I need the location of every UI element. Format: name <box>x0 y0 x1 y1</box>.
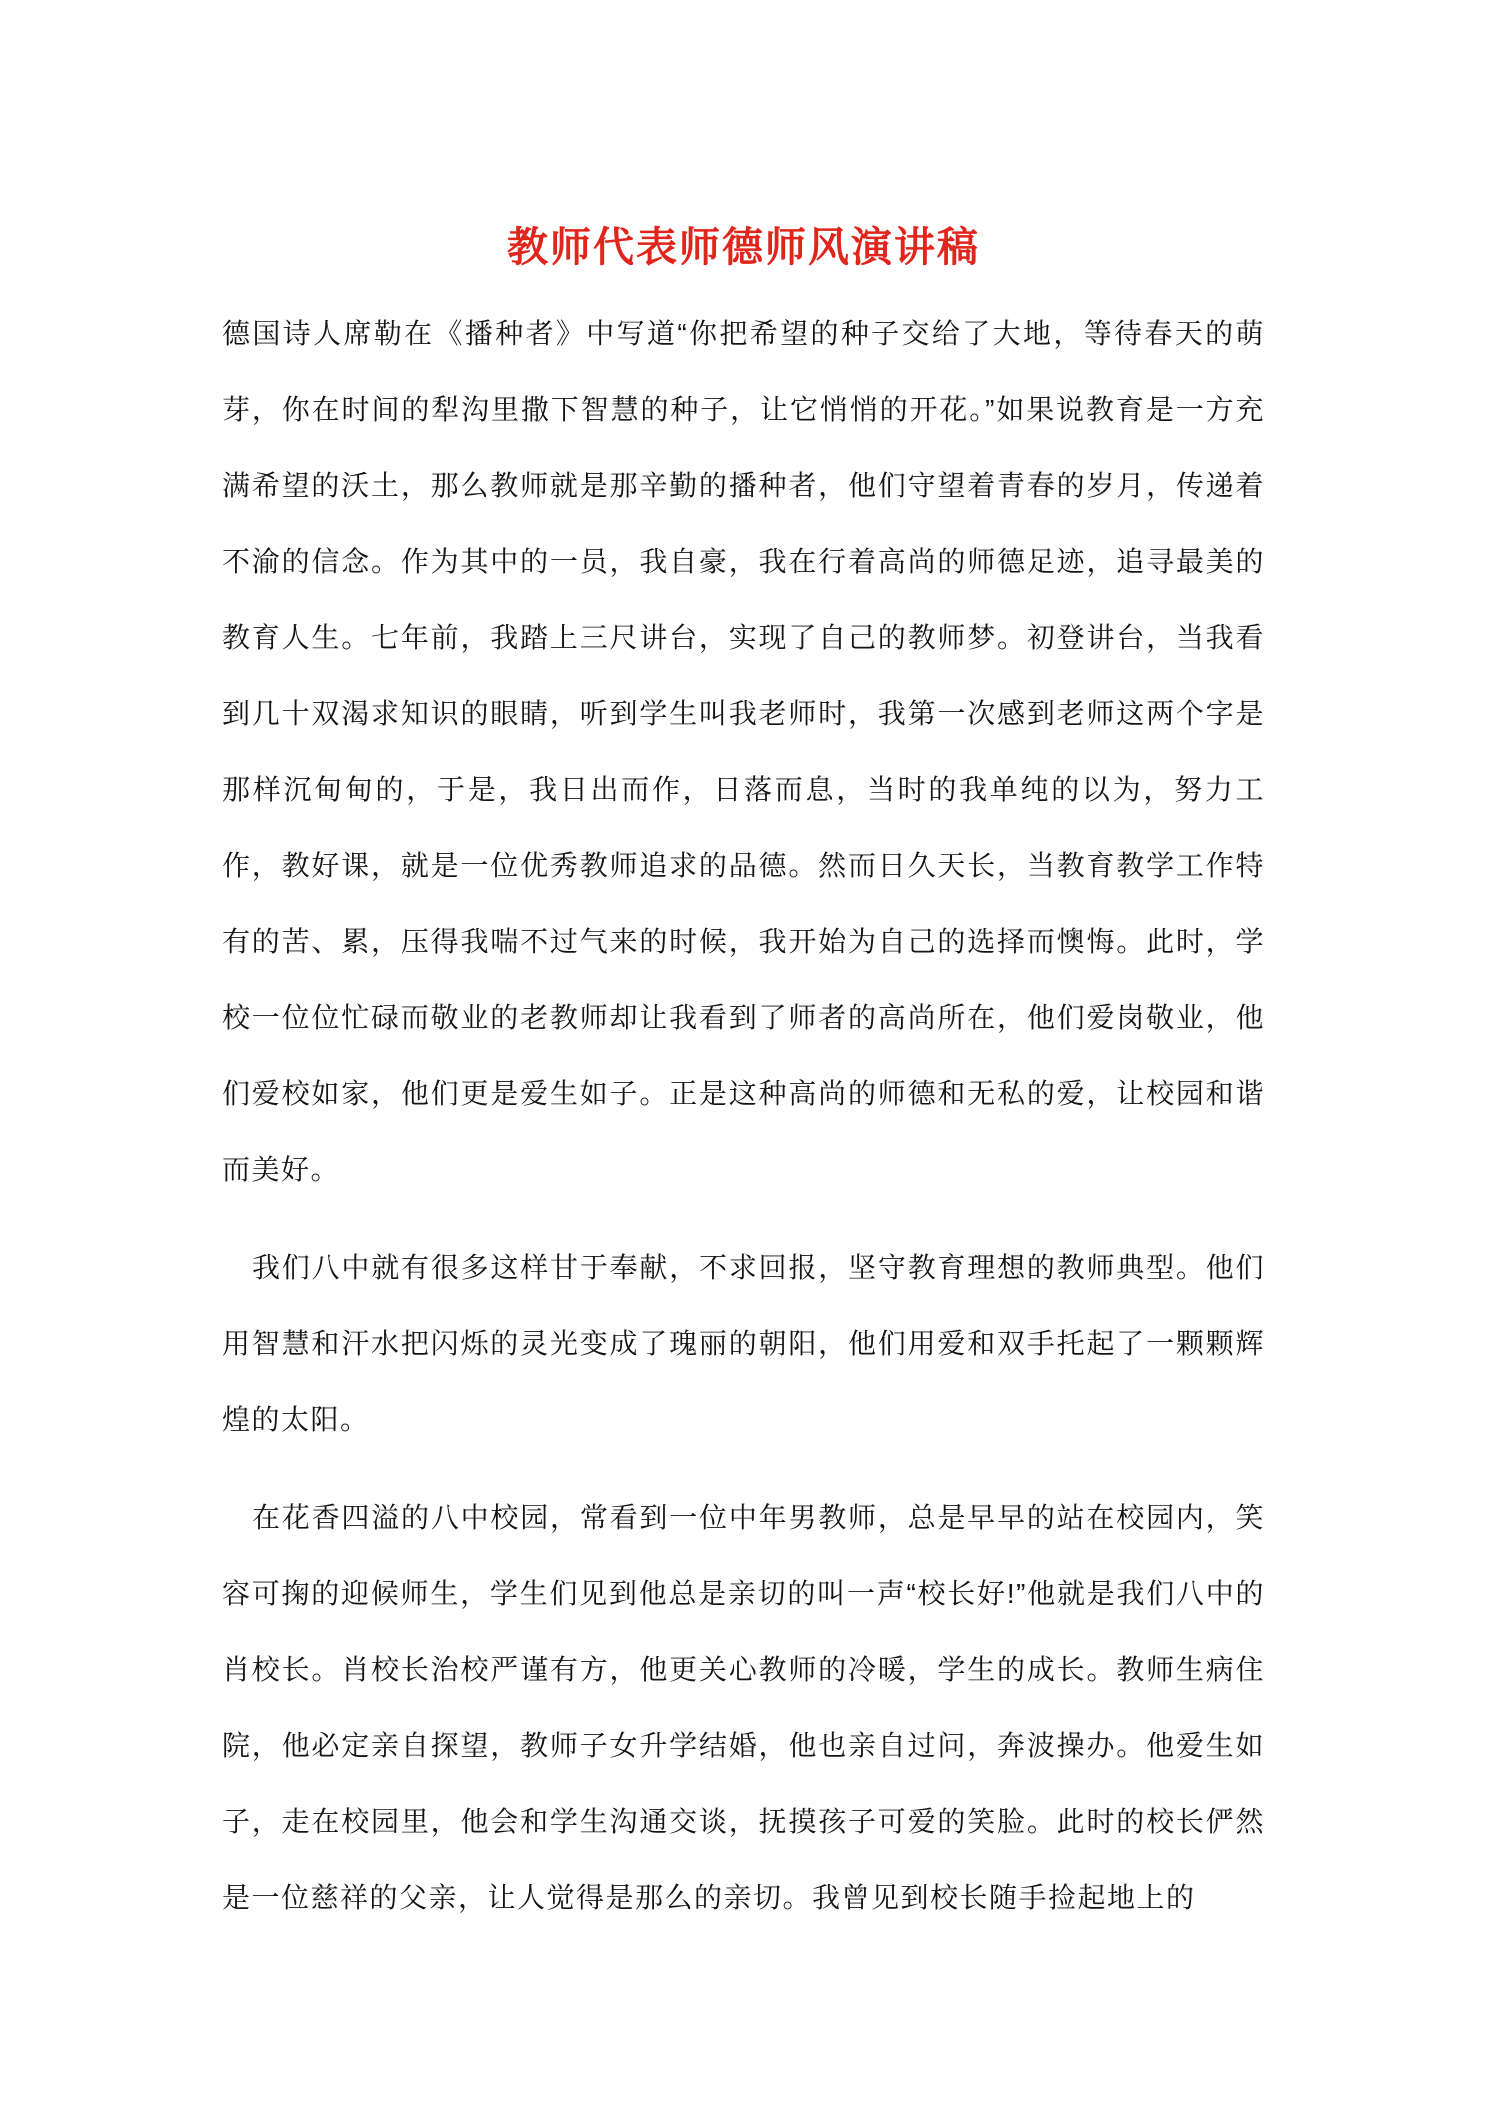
paragraph-1: 德国诗人席勒在《播种者》中写道“你把希望的种子交给了大地，等待春天的萌芽，你在时… <box>222 296 1265 1208</box>
paragraph-3: 在花香四溢的八中校园，常看到一位中年男教师，总是早早的站在校园内，笑容可掬的迎候… <box>222 1480 1265 1936</box>
paragraph-2: 我们八中就有很多这样甘于奉献，不求回报，坚守教育理想的教师典型。他们用智慧和汗水… <box>222 1230 1265 1458</box>
document-title: 教师代表师德师风演讲稿 <box>222 218 1265 276</box>
document-body: 德国诗人席勒在《播种者》中写道“你把希望的种子交给了大地，等待春天的萌芽，你在时… <box>222 296 1265 1936</box>
document-page: 教师代表师德师风演讲稿 德国诗人席勒在《播种者》中写道“你把希望的种子交给了大地… <box>0 0 1493 2112</box>
